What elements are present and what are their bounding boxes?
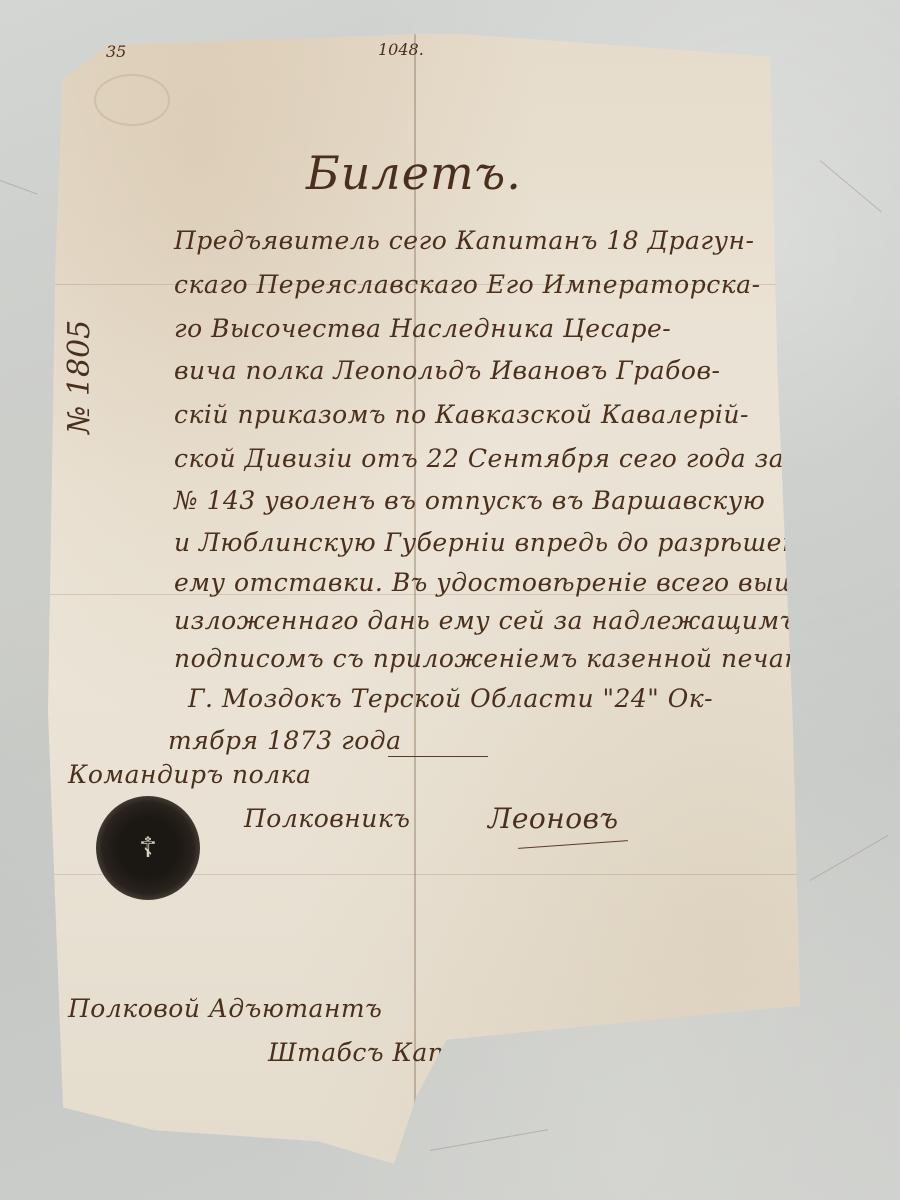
marble-vein: [810, 835, 888, 881]
body-line: ской Дивизіи отъ 22 Сентября сего года з…: [174, 444, 784, 473]
marble-vein: [0, 180, 38, 195]
adjutant-signature: [signature]: [608, 1034, 714, 1055]
body-line: изложеннаго дань ему сей за надлежащимъ: [174, 606, 797, 635]
body-line: тября 1873 года: [168, 726, 402, 755]
eagle-emblem-icon: ☦: [139, 834, 157, 862]
marble-vein: [430, 1129, 548, 1151]
regimental-stamp: ☦: [96, 796, 200, 900]
adjutant-label: Полковой Адъютантъ: [68, 994, 382, 1023]
signature-flourish: [568, 1062, 788, 1075]
body-line: го Высочества Наследника Цесаре-: [174, 314, 671, 343]
body-line: Предъявитель сего Капитанъ 18 Драгун-: [174, 226, 754, 255]
body-line: и Люблинскую Губерніи впредь до разрѣшен…: [174, 528, 824, 557]
corner-number-center: 1048.: [378, 40, 424, 59]
embossed-seal: [94, 74, 170, 126]
body-line: Г. Моздокъ Терской Области "24" Ок-: [188, 684, 713, 713]
body-line: скаго Переяславскаго Его Императорска-: [174, 270, 761, 299]
commander-signature: Леоновъ: [488, 802, 619, 835]
body-line: № 143 уволенъ въ отпускъ въ Варшавскую: [174, 486, 765, 515]
body-line: вича полка Леопольдъ Ивановъ Грабов-: [174, 356, 720, 385]
body-line: ему отставки. Въ удостовѣреніе всего выш…: [174, 568, 813, 597]
body-line: скій приказомъ по Кавказской Кавалерій-: [174, 400, 749, 429]
side-registry-number: № 1805: [62, 320, 97, 434]
adjutant-rank: Штабсъ Капитанъ: [268, 1038, 535, 1067]
body-line: подписомъ съ приложеніемъ казенной печат…: [174, 644, 834, 673]
document-paper: 35 1048. Билетъ. № 1805 Предъявитель сег…: [48, 34, 800, 1164]
commander-label: Командиръ полка: [68, 760, 311, 789]
bottom-tag: 5: [418, 1154, 425, 1167]
vertical-fold: [414, 34, 416, 1164]
document-title: Билетъ.: [306, 146, 522, 200]
date-underline: [388, 756, 488, 757]
signature-flourish: [518, 840, 628, 849]
commander-rank: Полковникъ: [244, 804, 410, 833]
corner-number-left: 35: [106, 42, 126, 61]
marble-vein: [820, 160, 882, 212]
